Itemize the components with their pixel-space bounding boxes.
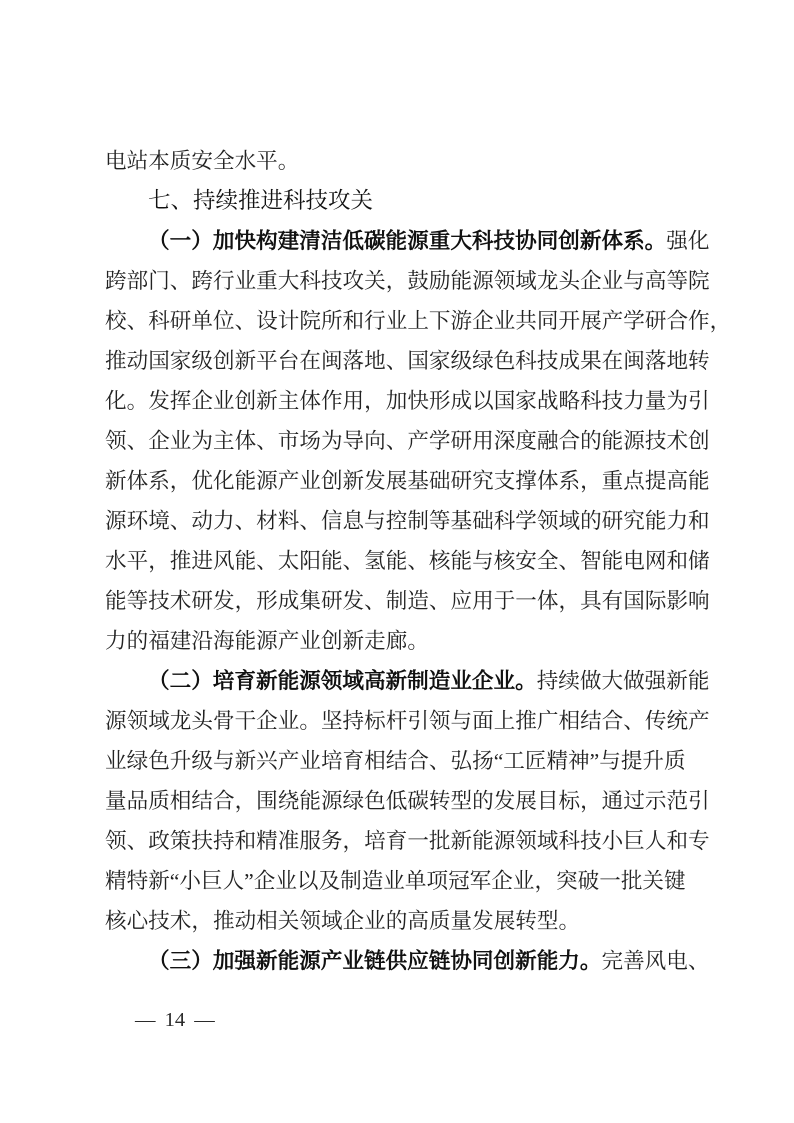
line-text: 强化 <box>666 229 709 253</box>
line-text: 推动国家级创新平台在闽落地、国家级绿色科技成果在闽落地转 <box>105 349 710 373</box>
line-text: 源环境、动力、材料、信息与控制等基础科学领域的研究能力和 <box>105 509 710 533</box>
document-page: 电站本质安全水平。七、持续推进科技攻关（一）加快构建清洁低碳能源重大科技协同创新… <box>0 0 794 1123</box>
line-text: 水平，推进风能、太阳能、氢能、核能与核安全、智能电网和储 <box>105 549 710 573</box>
text-line: 校、科研单位、设计院所和行业上下游企业共同开展产学研合作， <box>105 301 745 341</box>
text-line: 量品质相结合，围绕能源绿色低碳转型的发展目标，通过示范引 <box>105 781 745 821</box>
line-text: 完善风电、 <box>601 949 709 973</box>
text-line: 推动国家级创新平台在闽落地、国家级绿色科技成果在闽落地转 <box>105 341 745 381</box>
text-line: 能等技术研发，形成集研发、制造、应用于一体，具有国际影响 <box>105 581 745 621</box>
line-text: 能等技术研发，形成集研发、制造、应用于一体，具有国际影响 <box>105 589 710 613</box>
text-block: 电站本质安全水平。七、持续推进科技攻关（一）加快构建清洁低碳能源重大科技协同创新… <box>105 141 745 981</box>
text-line: 精特新“小巨人”企业以及制造业单项冠军企业，突破一批关键 <box>105 861 745 901</box>
line-text: 持续做大做强新能 <box>537 669 710 693</box>
line-text: 七、持续推进科技攻关 <box>148 188 373 213</box>
line-text: 源领域龙头骨干企业。坚持标杆引领与面上推广相结合、传统产 <box>105 709 710 733</box>
page-number: — 14 — <box>135 1005 215 1035</box>
text-line: 领、政策扶持和精准服务，培育一批新能源领域科技小巨人和专 <box>105 821 745 861</box>
paragraph-lead: （三）加强新能源产业链供应链协同创新能力。 <box>148 949 601 973</box>
text-line: 核心技术，推动相关领域企业的高质量发展转型。 <box>105 901 745 941</box>
line-text: 力的福建沿海能源产业创新走廊。 <box>105 629 429 653</box>
line-text: 新体系，优化能源产业创新发展基础研究支撑体系，重点提高能 <box>105 469 710 493</box>
line-text: 化。发挥企业创新主体作用，加快形成以国家战略科技力量为引 <box>105 389 710 413</box>
line-text: 领、企业为主体、市场为导向、产学研用深度融合的能源技术创 <box>105 429 710 453</box>
line-text: 核心技术，推动相关领域企业的高质量发展转型。 <box>105 909 580 933</box>
text-line: （一）加快构建清洁低碳能源重大科技协同创新体系。强化 <box>105 221 745 261</box>
text-line: 化。发挥企业创新主体作用，加快形成以国家战略科技力量为引 <box>105 381 745 421</box>
text-line: 业绿色升级与新兴产业培育相结合、弘扬“工匠精神”与提升质 <box>105 741 745 781</box>
text-line: 电站本质安全水平。 <box>105 141 745 181</box>
line-text: 跨部门、跨行业重大科技攻关，鼓励能源领域龙头企业与高等院 <box>105 269 710 293</box>
line-text: 精特新“小巨人”企业以及制造业单项冠军企业，突破一批关键 <box>105 869 686 893</box>
text-line: 源领域龙头骨干企业。坚持标杆引领与面上推广相结合、传统产 <box>105 701 745 741</box>
line-text: 领、政策扶持和精准服务，培育一批新能源领域科技小巨人和专 <box>105 829 710 853</box>
section-heading: 七、持续推进科技攻关 <box>105 181 745 221</box>
text-line: 源环境、动力、材料、信息与控制等基础科学领域的研究能力和 <box>105 501 745 541</box>
text-line: 新体系，优化能源产业创新发展基础研究支撑体系，重点提高能 <box>105 461 745 501</box>
text-line: （二）培育新能源领域高新制造业企业。持续做大做强新能 <box>105 661 745 701</box>
text-line: （三）加强新能源产业链供应链协同创新能力。完善风电、 <box>105 941 745 981</box>
text-line: 跨部门、跨行业重大科技攻关，鼓励能源领域龙头企业与高等院 <box>105 261 745 301</box>
line-text: 业绿色升级与新兴产业培育相结合、弘扬“工匠精神”与提升质 <box>105 749 686 773</box>
text-line: 领、企业为主体、市场为导向、产学研用深度融合的能源技术创 <box>105 421 745 461</box>
line-text: 量品质相结合，围绕能源绿色低碳转型的发展目标，通过示范引 <box>105 789 710 813</box>
paragraph-lead: （一）加快构建清洁低碳能源重大科技协同创新体系。 <box>148 229 666 253</box>
line-text: 校、科研单位、设计院所和行业上下游企业共同开展产学研合作， <box>105 309 731 333</box>
text-line: 水平，推进风能、太阳能、氢能、核能与核安全、智能电网和储 <box>105 541 745 581</box>
line-text: 电站本质安全水平。 <box>105 149 299 173</box>
paragraph-lead: （二）培育新能源领域高新制造业企业。 <box>148 669 537 693</box>
text-line: 力的福建沿海能源产业创新走廊。 <box>105 621 745 661</box>
